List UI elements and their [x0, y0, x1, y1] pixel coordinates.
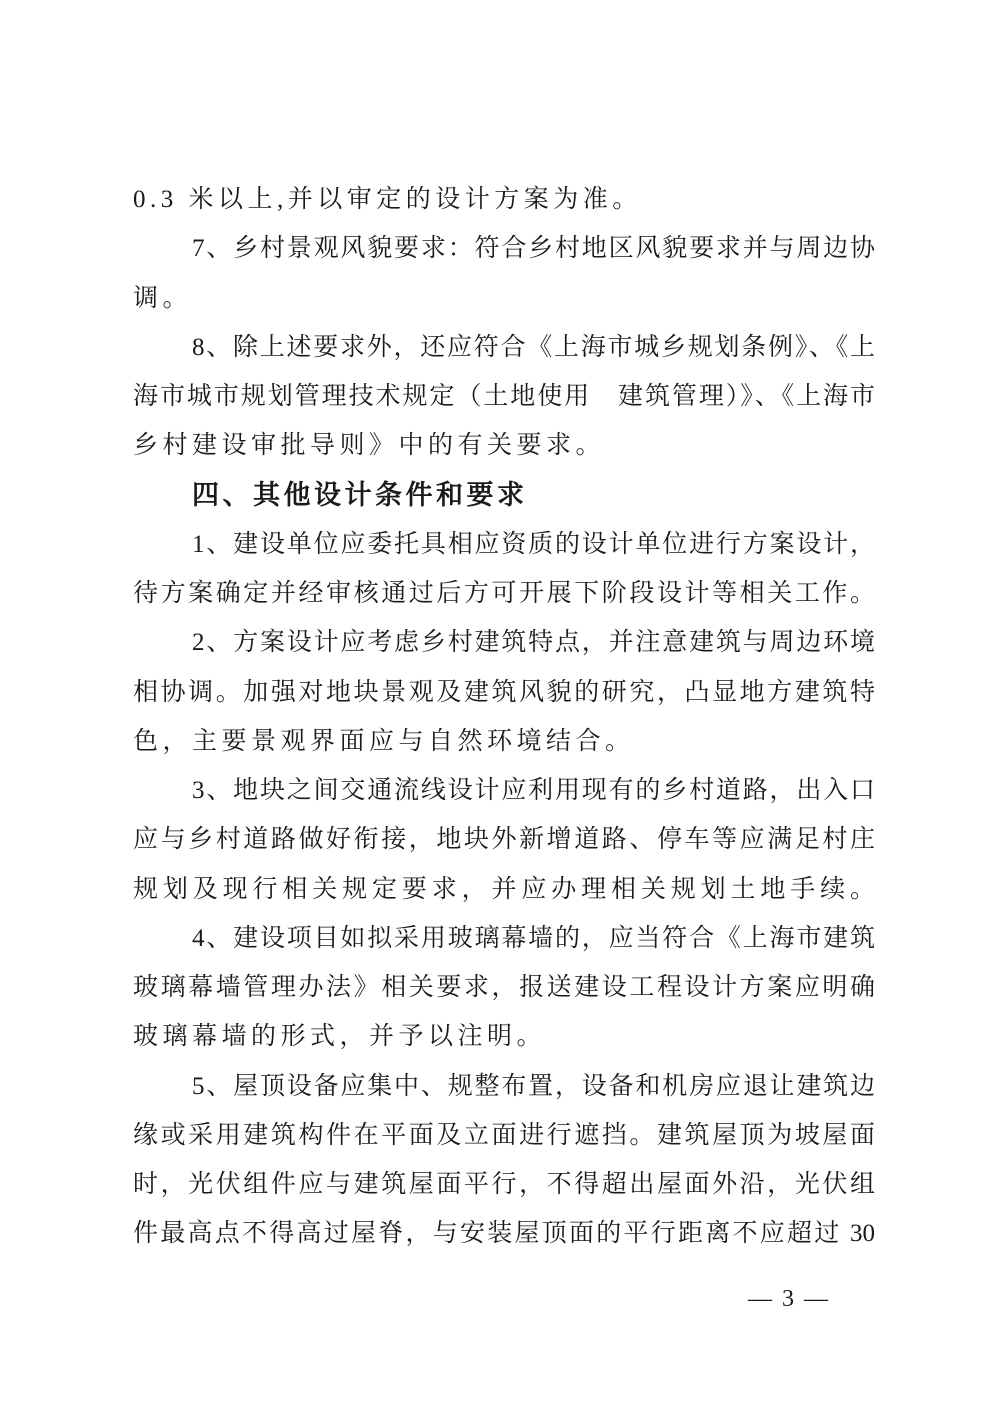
text-line: 调。 [133, 274, 875, 323]
text-line: 7、乡村景观风貌要求：符合乡村地区风貌要求并与周边协 [133, 224, 875, 273]
text-line: 4、建设项目如拟采用玻璃幕墙的，应当符合《上海市建筑 [133, 914, 875, 963]
page-number: — 3 — [748, 1283, 830, 1315]
text-line: 0.3 米以上,并以审定的设计方案为准。 [133, 175, 875, 224]
text-line: 色，主要景观界面应与自然环境结合。 [133, 717, 875, 766]
section-heading: 四、其他设计条件和要求 [133, 471, 875, 520]
text-line: 3、地块之间交通流线设计应利用现有的乡村道路，出入口 [133, 766, 875, 815]
text-line: 玻璃幕墙管理办法》相关要求，报送建设工程设计方案应明确 [133, 963, 875, 1012]
document-body: 0.3 米以上,并以审定的设计方案为准。7、乡村景观风貌要求：符合乡村地区风貌要… [133, 175, 875, 1259]
text-line: 1、建设单位应委托具相应资质的设计单位进行方案设计， [133, 520, 875, 569]
text-line: 玻璃幕墙的形式，并予以注明。 [133, 1012, 875, 1061]
text-line: 待方案确定并经审核通过后方可开展下阶段设计等相关工作。 [133, 569, 875, 618]
text-line: 海市城市规划管理技术规定（土地使用 建筑管理）》、《上海市 [133, 372, 875, 421]
text-line: 件最高点不得高过屋脊，与安装屋顶面的平行距离不应超过 30 [133, 1209, 875, 1258]
text-line: 相协调。加强对地块景观及建筑风貌的研究，凸显地方建筑特 [133, 668, 875, 717]
text-line: 2、方案设计应考虑乡村建筑特点，并注意建筑与周边环境 [133, 618, 875, 667]
text-line: 乡村建设审批导则》中的有关要求。 [133, 421, 875, 470]
text-line: 8、除上述要求外，还应符合《上海市城乡规划条例》、《上 [133, 323, 875, 372]
text-line: 5、屋顶设备应集中、规整布置，设备和机房应退让建筑边 [133, 1062, 875, 1111]
text-line: 时，光伏组件应与建筑屋面平行，不得超出屋面外沿，光伏组 [133, 1160, 875, 1209]
document-page: 0.3 米以上,并以审定的设计方案为准。7、乡村景观风貌要求：符合乡村地区风貌要… [0, 0, 992, 1403]
text-line: 缘或采用建筑构件在平面及立面进行遮挡。建筑屋顶为坡屋面 [133, 1111, 875, 1160]
text-line: 应与乡村道路做好衔接，地块外新增道路、停车等应满足村庄 [133, 815, 875, 864]
text-line: 规划及现行相关规定要求，并应办理相关规划土地手续。 [133, 865, 875, 914]
